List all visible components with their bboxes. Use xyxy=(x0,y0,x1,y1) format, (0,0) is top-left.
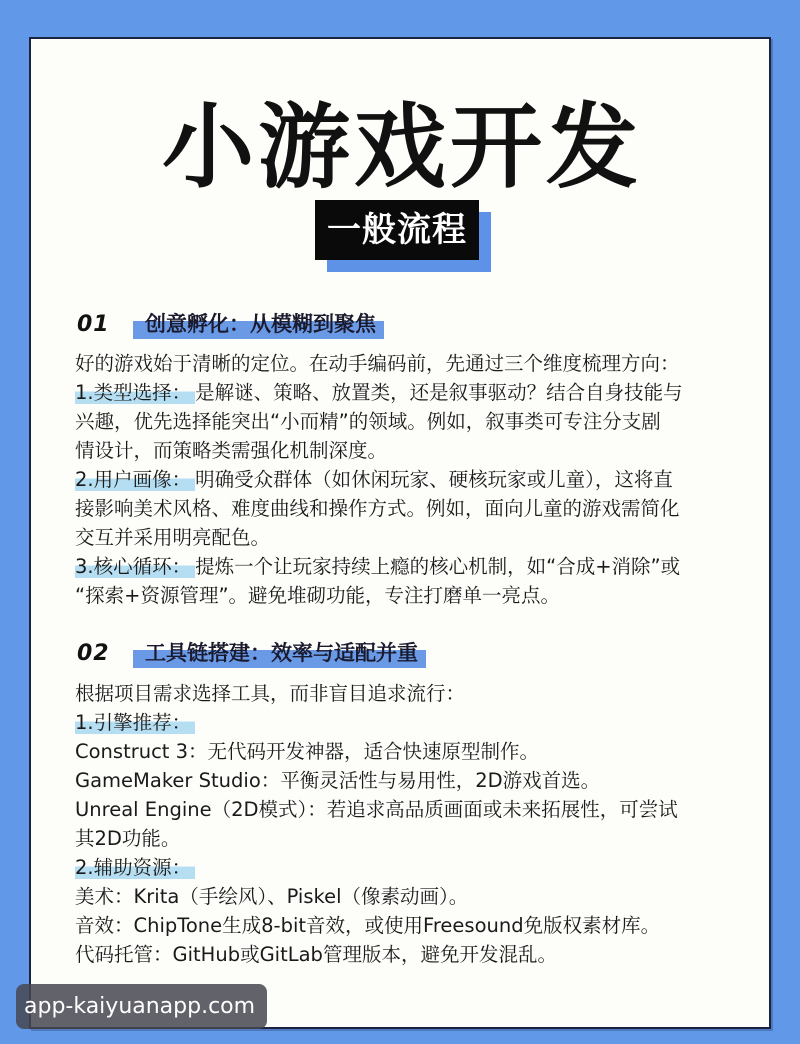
item-text: 明确受众群体（如休闲玩家、硬核玩家或儿童），这将直 xyxy=(195,468,673,491)
item-text: 美术：Krita（手绘风）、Piskel（像素动画）。 xyxy=(75,882,735,911)
section-intro: 根据项目需求选择工具，而非盲目追求流行： xyxy=(75,679,735,708)
list-item: 1.引擎推荐： xyxy=(75,708,735,737)
item-text: 是解谜、策略、放置类，还是叙事驱动？结合自身技能与 xyxy=(195,381,683,404)
item-text: Construct 3：无代码开发神器，适合快速原型制作。 xyxy=(75,737,735,766)
section-02-body: 根据项目需求选择工具，而非盲目追求流行： 1.引擎推荐： Construct 3… xyxy=(75,679,735,969)
item-label: 3.核心循环： xyxy=(75,555,195,578)
item-text: 音效：ChipTone生成8-bit音效，或使用Freesound免版权素材库。 xyxy=(75,911,735,940)
list-item: 2.用户画像：明确受众群体（如休闲玩家、硬核玩家或儿童），这将直 xyxy=(75,465,735,494)
page-title: 小游戏开发 xyxy=(31,93,773,203)
section-02-header: 02 工具链搭建：效率与适配并重 xyxy=(77,636,426,670)
item-text: GameMaker Studio：平衡灵活性与易用性，2D游戏首选。 xyxy=(75,766,735,795)
section-number: 02 xyxy=(77,641,133,666)
list-item: 2.辅助资源： xyxy=(75,853,735,882)
section-01-header: 01 创意孵化：从模糊到聚焦 xyxy=(77,307,384,341)
section-heading: 创意孵化：从模糊到聚焦 xyxy=(133,309,384,339)
item-text: 提炼一个让玩家持续上瘾的核心机制，如“合成+消除”或 xyxy=(195,555,680,578)
item-label: 2.用户画像： xyxy=(75,468,195,491)
section-intro: 好的游戏始于清晰的定位。在动手编码前，先通过三个维度梳理方向： xyxy=(75,349,735,378)
item-label: 1.引擎推荐： xyxy=(75,711,195,734)
item-text: 其2D功能。 xyxy=(75,824,735,853)
item-text: 代码托管：GitHub或GitLab管理版本，避免开发混乱。 xyxy=(75,940,735,969)
item-text: 兴趣，优先选择能突出“小而精”的领域。例如，叙事类可专注分支剧 xyxy=(75,407,735,436)
subtitle-text: 一般流程 xyxy=(315,200,479,260)
subtitle-badge: 一般流程 xyxy=(315,200,479,260)
item-label: 2.辅助资源： xyxy=(75,856,195,879)
section-number: 01 xyxy=(77,312,133,337)
section-01-body: 好的游戏始于清晰的定位。在动手编码前，先通过三个维度梳理方向： 1.类型选择：是… xyxy=(75,349,735,610)
item-text: “探索+资源管理”。避免堆砌功能，专注打磨单一亮点。 xyxy=(75,581,735,610)
list-item: 1.类型选择：是解谜、策略、放置类，还是叙事驱动？结合自身技能与 xyxy=(75,378,735,407)
item-text: 情设计，而策略类需强化机制深度。 xyxy=(75,436,735,465)
item-label: 1.类型选择： xyxy=(75,381,195,404)
list-item: 3.核心循环：提炼一个让玩家持续上瘾的核心机制，如“合成+消除”或 xyxy=(75,552,735,581)
section-heading: 工具链搭建：效率与适配并重 xyxy=(133,638,426,668)
item-text: Unreal Engine（2D模式）：若追求高品质画面或未来拓展性，可尝试 xyxy=(75,795,735,824)
item-text: 交互并采用明亮配色。 xyxy=(75,523,735,552)
watermark-label: app-kaiyuanapp.com xyxy=(16,984,267,1029)
content-card: 小游戏开发 一般流程 01 创意孵化：从模糊到聚焦 好的游戏始于清晰的定位。在动… xyxy=(29,37,771,1029)
item-text: 接影响美术风格、难度曲线和操作方式。例如，面向儿童的游戏需简化 xyxy=(75,494,735,523)
